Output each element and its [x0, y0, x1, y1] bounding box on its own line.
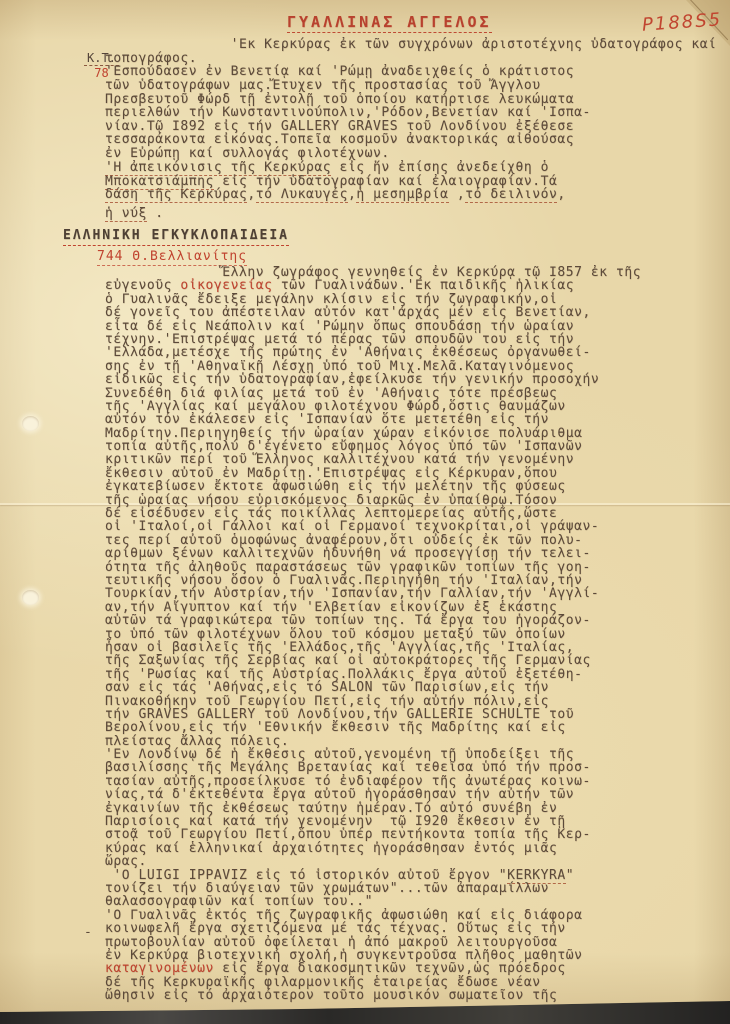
scanned-typewritten-document: { "page": { "title": "ΓΥΑΛΛΙΝΑΣ ΑΓΓΕΛΟΣ"…	[0, 0, 730, 1024]
text-line: ότητα τῆς ἀληθοῦς παραστάσεως τῶν γραφικ…	[105, 561, 641, 574]
text-line: τεσσαράκοντα εἰκόνας.Τοπεῖα κοσμοῦν ἀνακ…	[105, 133, 717, 147]
text-line: τοπία αὐτῆς,πολύ δ'ἐγένετο εὔφημος λόγος…	[105, 440, 641, 453]
text-line: 'Εν Λονδίνῳ δέ ἡ ἔκθεσις αὐτοῦ,γενομένη …	[105, 748, 641, 761]
document-paper: ΓΥΑΛΛΙΝΑΣ ΑΓΓΕΛΟΣ Ρ188S5 Κ.Τ.78 'Εκ Κερκ…	[0, 0, 730, 1013]
text-line: τασίαν αὐτῆς,προσείλκυσε τό ἐνδιαφέρον τ…	[105, 775, 641, 788]
text-line: 'Εκ Κερκύρας ἐκ τῶν συγχρόνων ἀριστοτέχν…	[105, 38, 717, 52]
typed-text: ,	[247, 187, 255, 202]
text-line: δέ εἰσέδυσεν εἰς τάς ποικίλλας λεπτομερε…	[105, 507, 641, 520]
text-line: αὐτῶν τά γραφικώτερα τῶν τοπίων της. Τά …	[105, 614, 641, 627]
text-line: ἐν Εὐρώπῃ καί συλλογάς φιλοτέχνων.	[105, 147, 717, 161]
text-line: τες περί αὐτοῦ ὁμοφώνως ἀναφέρουν,ὅτι οὐ…	[105, 534, 641, 547]
text-line: δέ γονεῖς του ἀπέστειλαν αὐτόν κατ'ἀρχάς…	[105, 306, 641, 319]
text-line: ὁ Γυαλινᾶς ἔδειξε μεγάλην κλίσιν εἰς τήν…	[105, 293, 641, 306]
text-line: τῆς Σαξωνίας τῆς Σερβίας καί οἱ αὐτοκράτ…	[105, 654, 641, 667]
text-line: το ὑπό τῶν φιλοτέχνων ὅλου τοῦ κόσμου με…	[105, 628, 641, 641]
text-line: αρίθμων ξένων καλλιτεχνῶν ἠδυνήθη νά προ…	[105, 547, 641, 560]
typed-text: "	[566, 868, 574, 883]
text-line: δέ τῆς Κερκυραϊκῆς φιλαρμονικῆς ἑταιρεία…	[105, 976, 641, 989]
text-line: Μαδρίτην.Περιηγηθείς τήν ὡραίαν χώραν εἰ…	[105, 427, 641, 440]
text-line: Τουρκίαν,τήν Αὐστρίαν,τήν 'Ισπανίαν,τήν …	[105, 587, 641, 600]
text-line: ἐγκατεβίωσεν ἔκτοτε ἀφωσιώθη εἰς τήν μελ…	[105, 480, 641, 493]
text-line: κύρας καί ἑλληνικαί ἀρχαιότητες ἠγοράσθη…	[105, 842, 641, 855]
text-line: βασιλίσσης τῆς Μεγάλης Βρετανίας καί τεθ…	[105, 761, 641, 774]
text-line: Συνεδέθη διά φιλίας μετά τοῦ ἐν 'Αθήναις…	[105, 387, 641, 400]
text-line: Πρεσβευτοῦ Φώρδ τῇ ἐντολῇ τοῦ ὁποίου κατ…	[105, 93, 717, 107]
margin-dash-mark: -	[84, 925, 92, 940]
text-line: ὤθησιν εἰς τό ἀρχαιότερον τοῦτο μουσικόν…	[105, 989, 641, 1002]
underlined-works-paragraph: 'Η ἀπεικόνισις τῆς Κερκύρας εἰς ἥν ἐπίση…	[105, 161, 566, 221]
text-line: τῶν ὑδατογράφων μας.Ἔτυχεν τῆς προστασία…	[105, 79, 717, 93]
text-line: σαν εἰς τάς 'Αθήνας,εἰς τό SALON τῶν Παρ…	[105, 681, 641, 694]
text-line: νίαν.Τῷ Ι892 εἰς τήν GALLERY GRAVES τοῦ …	[105, 120, 717, 134]
text-line: τῆς 'Αγγλίας καί μεγάλου φιλοτέχνου Φώρδ…	[105, 400, 641, 413]
text-line: κριτικῶν περί τοῦ Ἕλληνος καλλιτέχνου κα…	[105, 453, 641, 466]
encyclopedia-heading: ΕΛΛΗΝΙΚΗ ΕΓΚΥΚΛΟΠΑΙΔΕΙΑ	[63, 228, 289, 246]
text-line: 'Η ἀπεικόνισις τῆς Κερκύρας εἰς ἥν ἐπίση…	[105, 161, 566, 175]
text-line: ἐγκαινίων τῆς ἐκθέσεως ταύτην ἡμέραν.Τό …	[105, 802, 641, 815]
text-line: αὐτόν τόν ἐκάλεσεν εἰς 'Ισπανίαν ὅτε μετ…	[105, 413, 641, 426]
text-line: πρωτοβουλίαν αὐτοῦ ὀφείλεται ἡ ἀπό μακρο…	[105, 936, 641, 949]
text-line: στοᾷ τοῦ Γεωργίου Πετί,ὅπου ὑπέρ πεντήκο…	[105, 828, 641, 841]
text-line: οἱ 'Ιταλοί,οἱ Γάλλοι καί οἱ Γερμανοί τεχ…	[105, 520, 641, 533]
text-line: περιελθών τήν Κωνσταντινούπολιν,'Ρόδον,Β…	[105, 106, 717, 120]
typed-text: .	[147, 206, 164, 221]
text-line: τῆς 'Ρωσίας καί τῆς Αὐστρίας.Πολλάκις ἔρ…	[105, 668, 641, 681]
text-line: εἶτα δέ εἰς Νεάπολιν καί 'Ρώμην ὅπως σπο…	[105, 320, 641, 333]
punch-hole	[22, 590, 39, 605]
typed-text: ,	[449, 187, 466, 202]
text-line: τευτικῆς νήσου ὅσον ὁ Γυαλινᾶς.Περιηγήθη…	[105, 574, 641, 587]
punch-hole	[22, 416, 39, 431]
text-line: ἔκθεσιν αὐτοῦ ἐν Μαδρίτῃ.'Επιστρέψας εἰς…	[105, 467, 641, 480]
text-line: τέχνην.'Επιστρέψας μετά τό πέρας τῶν σπο…	[105, 333, 641, 346]
text-line: ἐν Κερκύρᾳ βιοτεχνική σχολή,ἡ συγκεντροῦ…	[105, 949, 641, 962]
text-line: Βερολίνου,εἰς τήν 'Εθνικήν ἔκθεσιν τῆς Μ…	[105, 721, 641, 734]
encyclopedia-entry-author: 744 Θ.Βελλιανίτης	[97, 249, 247, 266]
text-line: νίας,τά δ'ἐκτεθέντα ἔργα αὐτοῦ ἠγοράσθησ…	[105, 788, 641, 801]
underlined-text: ἡ νύξ	[105, 206, 147, 222]
text-line: ἦσαν οἱ βασιλεῖς τῆς 'Ελλάδος,τῆς 'Αγγλί…	[105, 641, 641, 654]
text-line: 'Ελλάδα,μετέσχε τῆς πρώτης ἐν 'Αθήναις ἐ…	[105, 346, 641, 359]
text-line: αν,τήν Αἴγυπτον καί τήν 'Ελβετίαν εἰκονί…	[105, 601, 641, 614]
text-line: σης ἐν τῇ 'Αθηναϊκῇ Λέσχῃ ὑπό τοῦ Μιχ.Με…	[105, 360, 641, 373]
text-line: 'Ο LUIGI IPPAVIZ εἰς τό ἱστορικόν αὐτοῦ …	[105, 869, 641, 882]
text-line: 'Εσπούδασεν ἐν Βενετίᾳ καί 'Ρώμῃ ἀναδειχ…	[105, 65, 717, 79]
text-line: τονίζει τήν διαύγειαν τῶν χρωμάτων"...τῶ…	[105, 882, 641, 895]
underlined-text: τό δειλινόν	[465, 187, 557, 203]
text-line: δάση τῆς Κερκύρας,τό Λυκαυγές,ἡ μεσημβρί…	[105, 188, 566, 202]
underlined-text: δάση τῆς Κερκύρας	[105, 187, 247, 203]
text-line: Πινακοθήκην τοῦ Γεωργίου Πετί,εἰς τήν αὐ…	[105, 695, 641, 708]
intro-paragraphs: 'Εκ Κερκύρας ἐκ τῶν συγχρόνων ἀριστοτέχν…	[105, 38, 717, 161]
text-line: τῆς ὡραίας νήσου εὑρισκόμενος διαρκῶς ἐν…	[105, 494, 641, 507]
text-line: τοπογράφος.	[105, 52, 717, 66]
text-line: Ἕλλην ζωγράφος γεννηθείς ἐν Κερκύρᾳ τῷ Ι…	[105, 266, 641, 279]
text-line: 'Ο Γυαλινᾶς ἐκτός τῆς ζωγραφικῆς ἀφωσιώθ…	[105, 909, 641, 922]
document-title: ΓΥΑΛΛΙΝΑΣ ΑΓΓΕΛΟΣ	[287, 13, 492, 33]
text-line: εὐγενοῦς οἰκογενείας τῶν Γυαλινάδων.'Εκ …	[105, 279, 641, 292]
text-line: Μποκατσιάμπης εἰς τήν ὑδατογραφίαν καί ἐ…	[105, 175, 566, 189]
typed-text: ,	[557, 187, 565, 202]
underlined-text: τό Λυκαυγές	[256, 187, 348, 203]
handwritten-archive-code: Ρ188S5	[641, 9, 722, 36]
text-line: πλείστας ἄλλας πόλεις.	[105, 735, 641, 748]
text-line: ὥρας.	[105, 855, 641, 868]
text-line: ἡ νύξ .	[105, 207, 566, 221]
text-line: εἰδικῶς εἰς τήν ὑδατογραφίαν,ἐφείλκυσε τ…	[105, 373, 641, 386]
text-line: Παρισίοις καί κατά τήν γενομένην τῷ Ι920…	[105, 815, 641, 828]
text-line: θαλασσογραφιῶν καί τοπίων του.."	[105, 895, 641, 908]
main-body-text: Ἕλλην ζωγράφος γεννηθείς ἐν Κερκύρᾳ τῷ Ι…	[105, 266, 641, 1002]
text-line: καταγινομένων εἰς ἔργα διακοσμητικῶν τεχ…	[105, 962, 641, 975]
underlined-text: ἡ μεσημβρία	[356, 187, 448, 203]
text-line: κοινωφελῆ ἔργα σχετιζόμενα μέ τάς τέχνας…	[105, 922, 641, 935]
text-line: τήν GRAVES GALLERY τοῦ Λονδίνου,τήν GALL…	[105, 708, 641, 721]
